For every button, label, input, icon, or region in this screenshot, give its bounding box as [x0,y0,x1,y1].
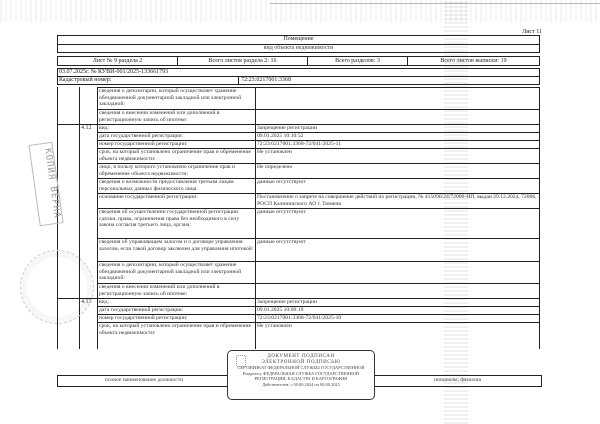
esign-validity: Действителен: с 00.00.2024 по 00.00.2025 [228,382,374,388]
row-value: Запрещение регистрации [256,125,539,132]
row-value: 09.01.2025 10:09:19 [256,307,539,314]
esign-cert: СЕРТИФИКАТ ФЕДЕРАЛЬНОЙ СЛУЖБЫ ГОСУДАРСТВ… [228,365,374,371]
emblem-icon [236,355,246,367]
total-sheets-section: Всего листов раздела 2: 16 [178,57,308,65]
extract-ref: 03.07.2025г. № КУВИ-001/2025-133661793 [58,69,539,76]
scan-edge-line [270,3,600,4]
row-value: данные отсутствуют [256,239,539,246]
total-sheets-extract: Всего листов выписки: 19 [408,57,539,65]
row-label: сведения о возможности предоставления тр… [98,179,255,192]
row-value: Не установлен [256,149,539,156]
row-label: вид: [98,125,255,132]
entry-number: 4.12 [81,125,92,131]
row-label: сведения о внесении изменений или дополн… [98,110,255,123]
row-value: Запрещение регистрации [256,299,539,306]
row-label: номер государственной регистрации: [98,315,255,322]
row-label: основание государственной регистрации: [98,194,255,201]
row-label: номер государственной регистрации: [98,141,255,148]
sheet-info-row: Лист № 9 раздела 2 Всего листов раздела … [57,56,540,66]
electronic-signature-stamp: ДОКУМЕНТ ПОДПИСАН ЭЛЕКТРОННОЙ ПОДПИСЬЮ С… [227,350,375,400]
position-field: полное наименование должности [57,375,230,387]
object-type-caption-row: вид объекта недвижимости [57,44,540,53]
row-label: сведения об управляющем залогом и о дого… [98,239,255,252]
object-type-caption: вид объекта недвижимости [58,45,539,52]
row-label: лицо, в пользу которого установлено огра… [98,164,255,177]
row-label: вид: [98,299,255,306]
row-value: Не определено [256,164,539,171]
cadastral-row: Кадастровый номер: 72:23:0217001:3368 [57,76,540,85]
row-value: 09.01.2025 10:10:52 [256,133,539,140]
encumbrance-table: сведения о депозитарии, который осуществ… [57,87,540,349]
row-label: сведения о внесении изменений или дополн… [98,284,255,297]
row-label: дата государственной регистрации: [98,307,255,314]
sheet-no: Лист № 9 раздела 2 [58,57,178,65]
object-type: Помещение [58,36,539,43]
row-value: данные отсутствуют [256,179,539,186]
row-label: сведения об осуществлении государственно… [98,209,255,229]
name-field: инициалы, фамилия [373,375,542,387]
cadastral-value: 72:23:0217001:3368 [241,77,291,84]
cadastral-label: Кадастровый номер: [59,77,111,84]
row-label: срок, на который установлено ограничение… [98,149,255,162]
row-value: данные отсутствуют [256,209,539,216]
row-label: сведения о депозитарии, который осуществ… [98,88,255,108]
row-value: 72:23:0217001:3368-72/041/2025-10 [256,315,539,322]
total-sections: Всего разделов: 3 [308,57,408,65]
round-seal [20,250,94,324]
row-label: срок, на который установлено ограничение… [98,323,255,336]
row-label: дата государственной регистрации: [98,133,255,140]
row-value: 72:23:0217001:3368-72/041/2025-11 [256,141,539,148]
row-label: сведения о депозитарии, который осуществ… [98,262,255,282]
position-caption: полное наименование должности [58,376,230,383]
row-value: Не установлен [256,323,539,330]
row-value: Постановление о запрете на совершение де… [256,194,539,207]
name-caption: инициалы, фамилия [374,376,541,383]
